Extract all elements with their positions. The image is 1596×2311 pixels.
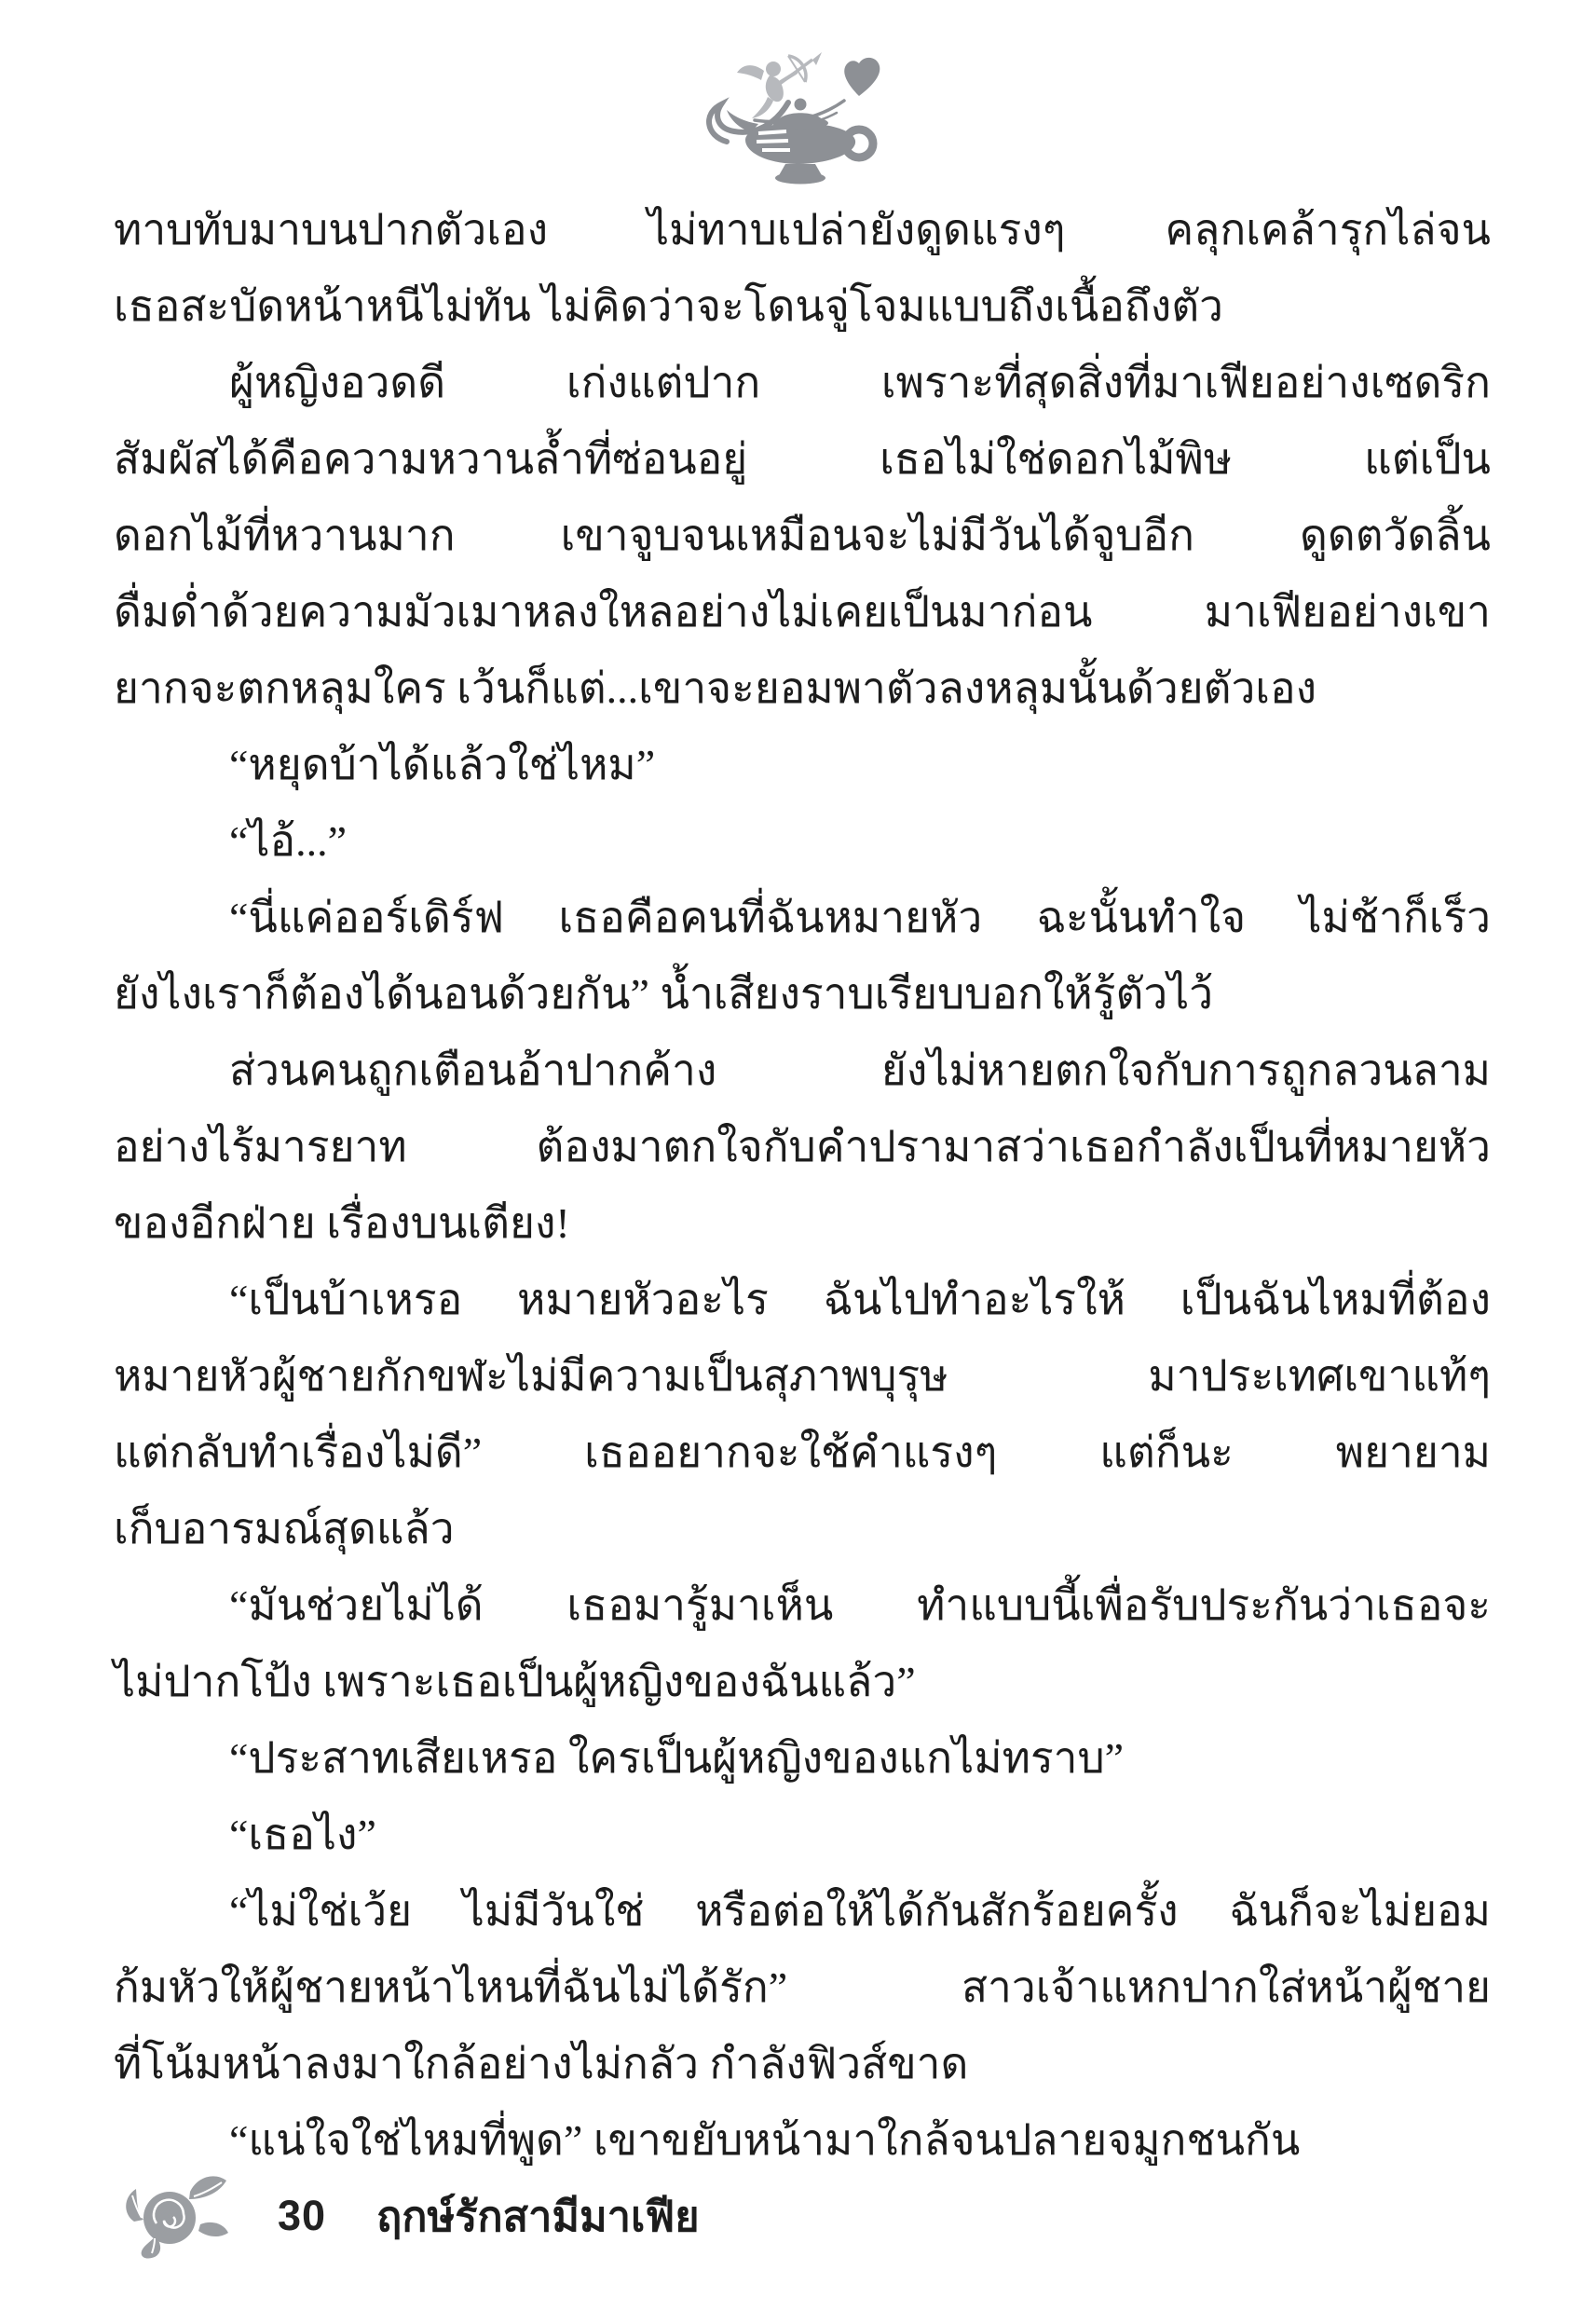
text-line: ยากจะตกหลุมใคร เว้นก็แต่...เขาจะยอมพาตัว… (114, 650, 1491, 727)
cupid-icon (737, 52, 822, 118)
text-line: ยังไงเราก็ต้องได้นอนด้วยกัน” น้ำเสียงราบ… (114, 956, 1491, 1032)
book-title: ฤกษ์รักสามีมาเฟีย (376, 2182, 700, 2249)
text-line dialogue: “ประสาทเสียเหรอ ใครเป็นผู้หญิงของแกไม่ทร… (114, 1720, 1491, 1797)
text-line: หมายหัวผู้ชายกักขฬะไม่มีความเป็นสุภาพบุร… (114, 1338, 1491, 1415)
text-line: ที่โน้มหน้าลงมาใกล้อย่างไม่กลัว กำลังฟิว… (114, 2026, 1491, 2102)
header-ornament (695, 45, 902, 191)
text-line dialogue: “เธอไง” (114, 1797, 1491, 1873)
rose-icon (121, 2171, 233, 2261)
text-line: “นี่แค่ออร์เดิร์ฟ เธอคือคนที่ฉันหมายหัว … (114, 880, 1491, 956)
genie-lamp-icon (727, 99, 873, 185)
text-line: ผู้หญิงอวดดี เก่งแต่ปาก เพราะที่สุดสิ่งท… (114, 345, 1491, 421)
text-line: แต่กลับทำเรื่องไม่ดี” เธออยากจะใช้คำแรงๆ… (114, 1415, 1491, 1491)
text-line: ดอกไม้ที่หวานมาก เขาจูบจนเหมือนจะไม่มีวั… (114, 498, 1491, 574)
text-line: ไม่ปากโป้ง เพราะเธอเป็นผู้หญิงของฉันแล้ว… (114, 1644, 1491, 1720)
page-number: 30 (278, 2192, 326, 2240)
text-line: เก็บอารมณ์สุดแล้ว (114, 1491, 1491, 1567)
body-text: ทาบทับมาบนปากตัวเอง ไม่ทาบเปล่ายังดูดแรง… (114, 192, 1491, 2179)
text-line: อย่างไร้มารยาท ต้องมาตกใจกับคำปรามาสว่าเ… (114, 1109, 1491, 1185)
text-line: ทาบทับมาบนปากตัวเอง ไม่ทาบเปล่ายังดูดแรง… (114, 192, 1491, 268)
text-line: ดื่มด่ำด้วยความมัวเมาหลงใหลอย่างไม่เคยเป… (114, 574, 1491, 650)
text-line: “มันช่วยไม่ได้ เธอมารู้มาเห็น ทำแบบนี้เพ… (114, 1567, 1491, 1644)
text-line: “เป็นบ้าเหรอ หมายหัวอะไร ฉันไปทำอะไรให้ … (114, 1262, 1491, 1338)
text-line: ของอีกฝ่าย เรื่องบนเตียง! (114, 1185, 1491, 1262)
text-line: ส่วนคนถูกเตือนอ้าปากค้าง ยังไม่หายตกใจกั… (114, 1032, 1491, 1109)
text-line: ก้มหัวให้ผู้ชายหน้าไหนที่ฉันไม่ได้รัก” ส… (114, 1949, 1491, 2026)
page-footer: 30 ฤกษ์รักสามีมาเฟีย (121, 2164, 700, 2268)
text-line dialogue: “ไอ้...” (114, 803, 1491, 880)
text-line dialogue: “หยุดบ้าได้แล้วใช่ไหม” (114, 727, 1491, 803)
heart-icon (844, 58, 880, 96)
cupid-genie-lamp-icon (695, 45, 902, 186)
text-line: “ไม่ใช่เว้ย ไม่มีวันใช่ หรือต่อให้ได้กัน… (114, 1873, 1491, 1949)
text-line: เธอสะบัดหน้าหนีไม่ทัน ไม่คิดว่าจะโดนจู่โ… (114, 268, 1491, 345)
text-line: สัมผัสได้คือความหวานล้ำที่ซ่อนอยู่ เธอไม… (114, 421, 1491, 498)
book-page: ทาบทับมาบนปากตัวเอง ไม่ทาบเปล่ายังดูดแรง… (0, 0, 1596, 2311)
